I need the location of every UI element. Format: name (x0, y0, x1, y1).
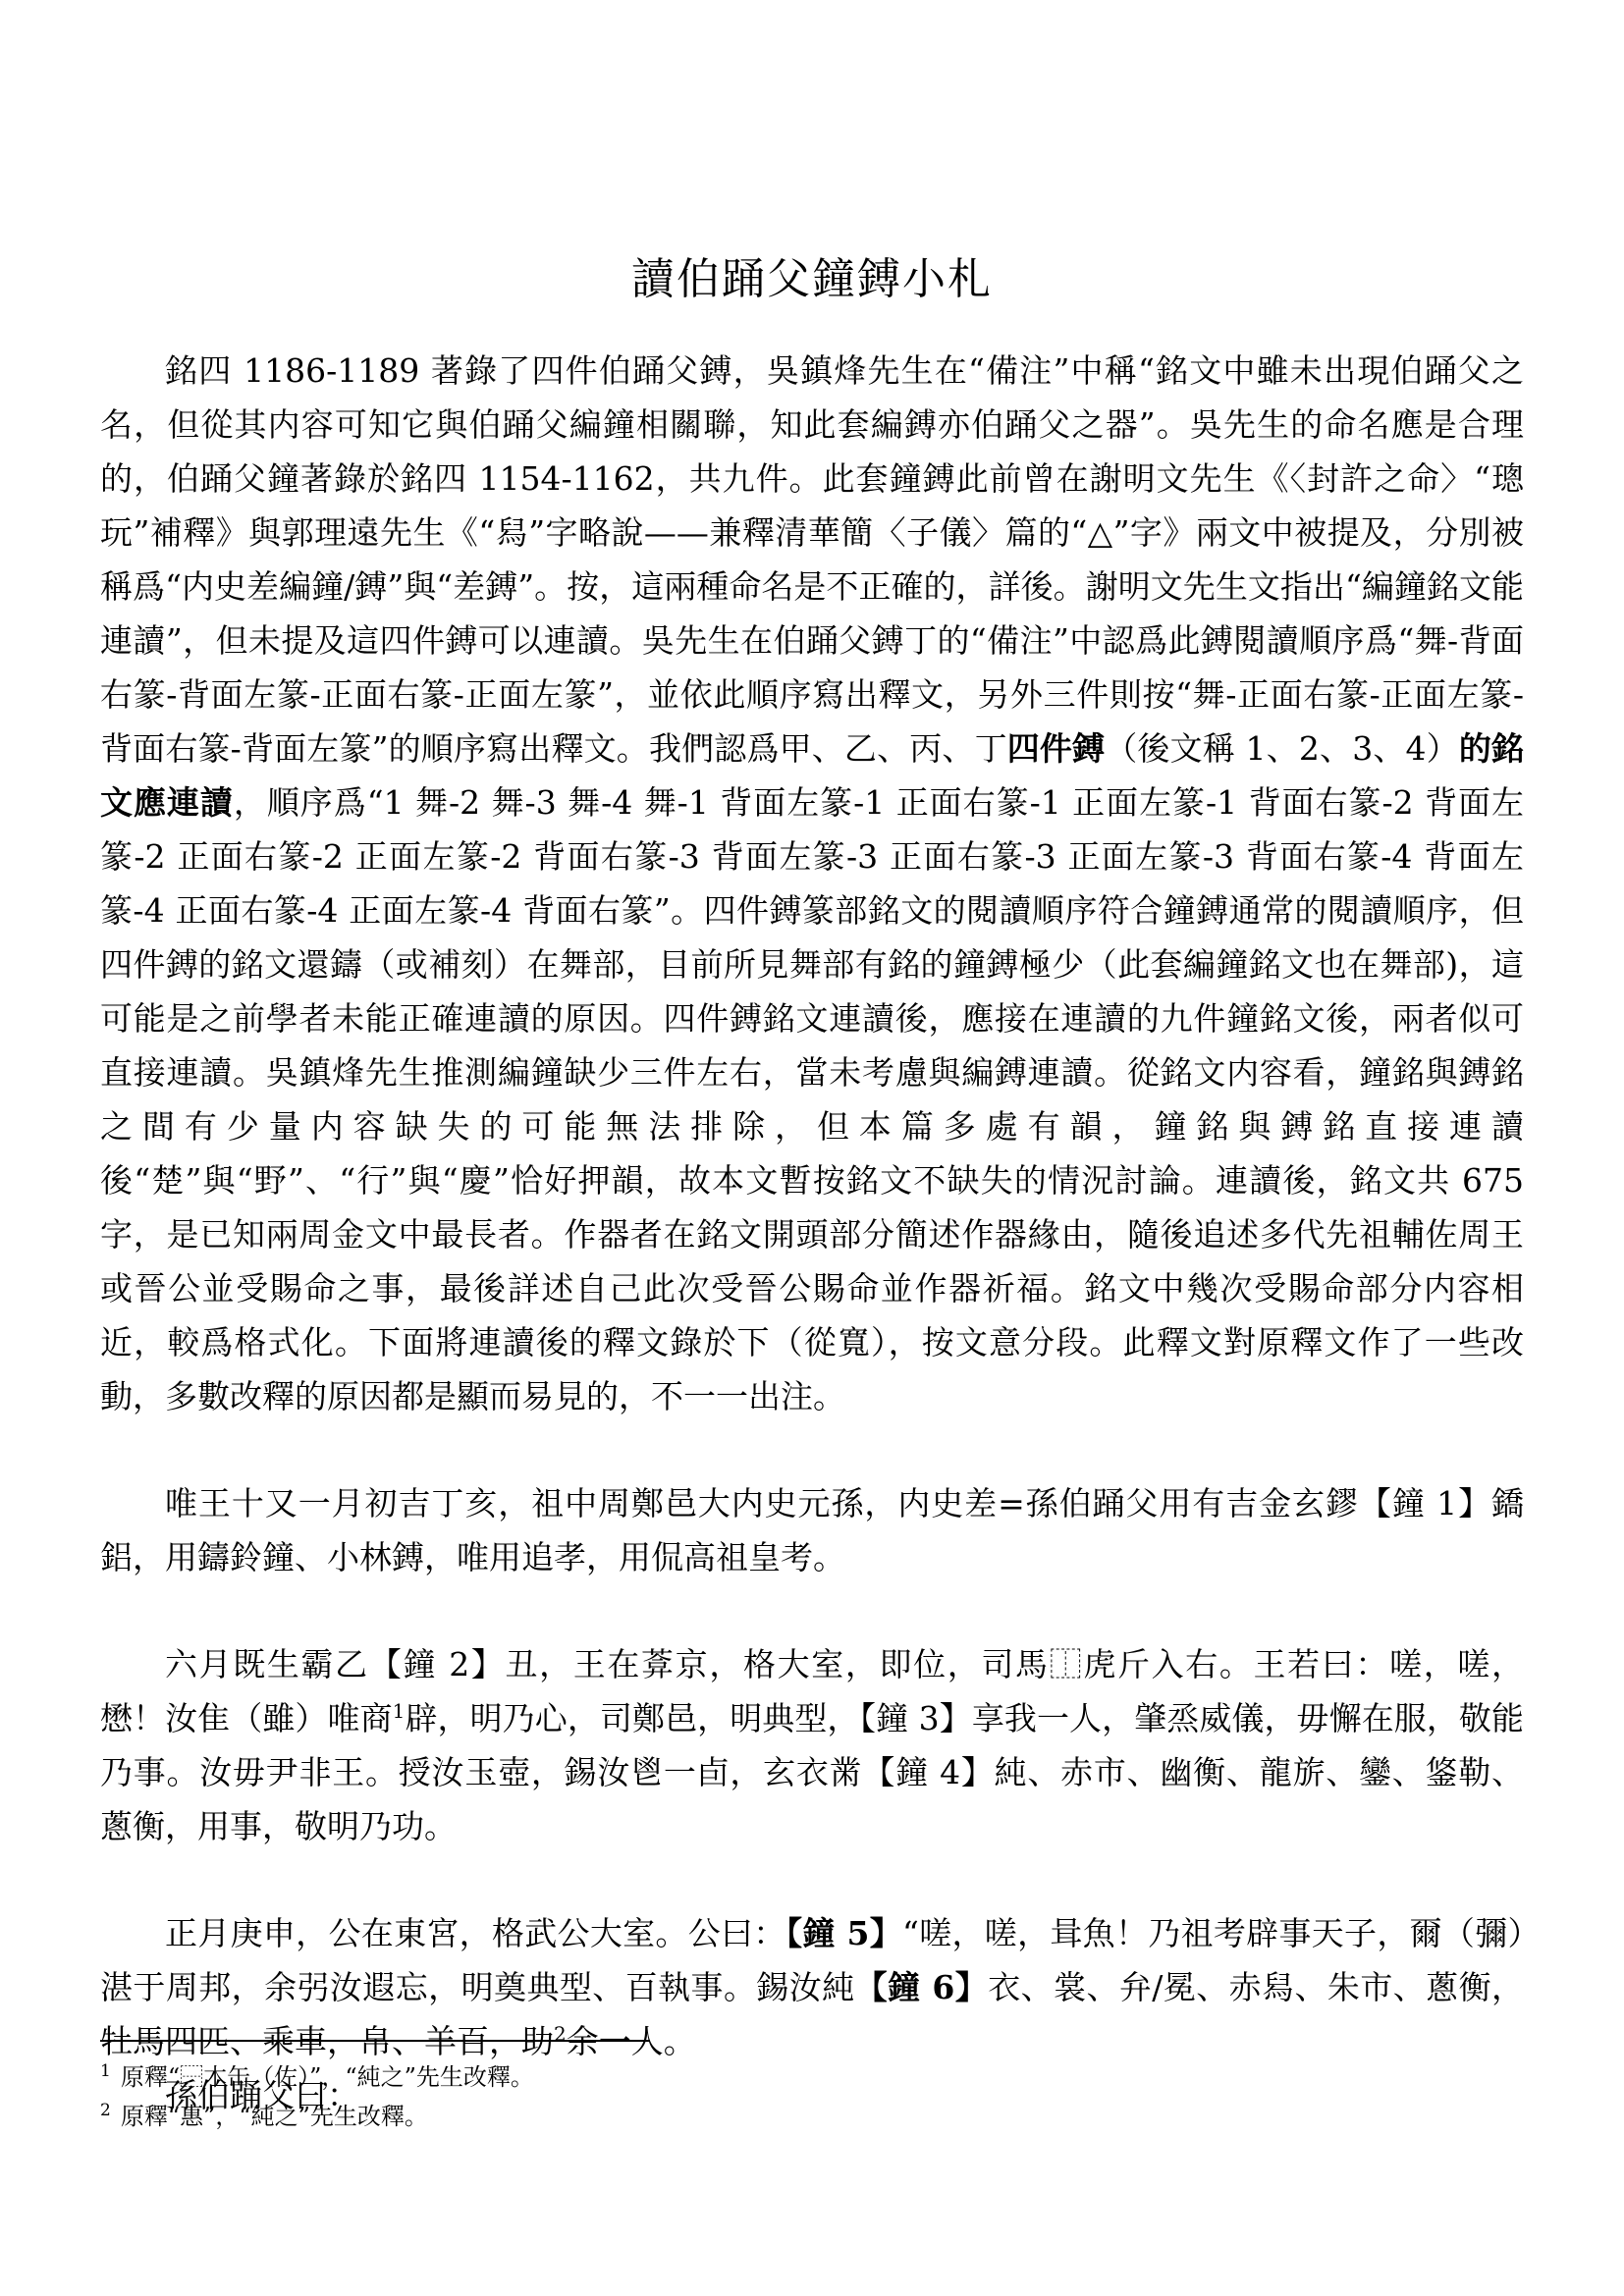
transcription-paragraph-1: 唯王十又一月初吉丁亥，祖中周鄭邑大内史元孫，内史差=孫伯踊父用有吉金玄鏐【鐘 1… (100, 1476, 1524, 1584)
transcription-paragraph-2: 六月既生霸乙【鐘 2】丑，王在葊京，格大室，即位，司馬⿰虎斤入右。王若曰：嗟，嗟… (100, 1637, 1524, 1853)
footnote-2-text: 原釋“惠”，“純之”先生改釋。 (121, 2103, 428, 2130)
intro-bold-four-bo: 四件鎛 (1007, 729, 1106, 768)
bell-6-label: 【鐘 6】 (855, 1968, 989, 2006)
footnote-1: 1原釋“⿱木缶（佐）”，“純之”先生改釋。 (100, 2057, 1524, 2097)
intro-text-b: （後文稱 1、2、3、4） (1105, 729, 1459, 768)
footnote-separator-rule (100, 2040, 650, 2042)
footnote-2-marker: 2 (100, 2101, 111, 2120)
footnote-reference-1: 1 (393, 1699, 406, 1723)
footnote-1-text: 原釋“⿱木缶（佐）”，“純之”先生改釋。 (121, 2063, 534, 2091)
document-title: 讀伯踊父鐘鎛小札 (100, 243, 1524, 306)
intro-paragraph: 銘四 1186-1189 著錄了四件伯踊父鎛，吳鎮烽先生在“備注”中稱“銘文中雖… (100, 344, 1524, 1423)
footnote-2: 2原釋“惠”，“純之”先生改釋。 (100, 2097, 1524, 2136)
intro-text-a: 銘四 1186-1189 著錄了四件伯踊父鎛，吳鎮烽先生在“備注”中稱“銘文中雖… (100, 351, 1524, 768)
transcription-3-text-a: 正月庚申，公在東宮，格武公大室。公曰： (165, 1914, 786, 1952)
document-page: 讀伯踊父鐘鎛小札 銘四 1186-1189 著錄了四件伯踊父鎛，吳鎮烽先生在“備… (0, 0, 1624, 2296)
footnotes-section: 1原釋“⿱木缶（佐）”，“純之”先生改釋。 2原釋“惠”，“純之”先生改釋。 (100, 2040, 1524, 2136)
bell-5-label: 【鐘 5】 (786, 1914, 902, 1952)
intro-text-c: ，順序爲“1 舞-2 舞-3 舞-4 舞-1 背面左篆-1 正面右篆-1 正面左… (100, 783, 1524, 1415)
footnote-1-marker: 1 (100, 2061, 111, 2081)
document-content: 讀伯踊父鐘鎛小札 銘四 1186-1189 著錄了四件伯踊父鎛，吳鎮烽先生在“備… (100, 243, 1524, 2122)
